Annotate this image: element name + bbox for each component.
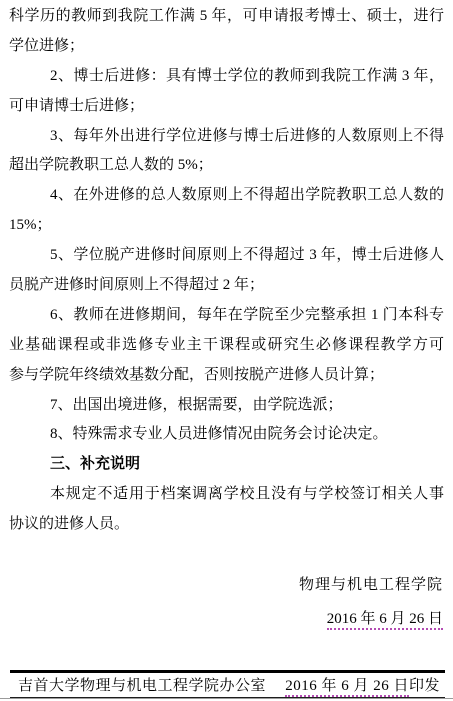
footer-divider <box>10 670 445 673</box>
document-body: 科学历的教师到我院工作满 5 年，可申请报考博士、硕士，进行学位进修；2、博士后… <box>9 2 444 540</box>
page-bottom-edge <box>0 698 453 699</box>
footer-issue-info: 2016 年 6 月 26 日印发 <box>285 675 440 697</box>
body-line: 员脱产进修时间原则上不得超过 2 年； <box>9 271 444 301</box>
body-line: 4、在外进修的总人数原则上不得超出学院教职工总人数的 <box>9 181 444 211</box>
body-line: 6、教师在进修期间，每年在学院至少完整承担 1 门本科专 <box>9 301 444 331</box>
body-line: 3、每年外出进行学位进修与博士后进修的人数原则上不得 <box>9 122 444 152</box>
body-line: 可申请博士后进修； <box>9 92 444 122</box>
body-line: 业基础课程或非选修专业主干课程或研究生必修课程教学方可 <box>9 331 444 361</box>
body-line: 学位进修； <box>9 32 444 62</box>
footer: 吉首大学物理与机电工程学院办公室 2016 年 6 月 26 日印发 <box>18 675 440 697</box>
body-line: 2、博士后进修：具有博士学位的教师到我院工作满 3 年， <box>9 62 444 92</box>
signature-block: 物理与机电工程学院 2016 年 6 月 26 日 <box>299 570 443 634</box>
body-line: 7、出国出境进修，根据需要，由学院选派； <box>9 391 444 421</box>
body-line: 本规定不适用于档案调离学校且没有与学校签订相关人事 <box>9 480 444 510</box>
footer-office-name: 吉首大学物理与机电工程学院办公室 <box>18 675 266 697</box>
body-line: 8、特殊需求专业人员进修情况由院务会讨论决定。 <box>9 420 444 450</box>
body-line: 参与学院年终绩效基数分配，否则按脱产进修人员计算； <box>9 361 444 391</box>
signature-date-line: 2016 年 6 月 26 日 <box>299 604 443 634</box>
signature-org-name: 物理与机电工程学院 <box>299 570 443 600</box>
body-line: 超出学院教职工总人数的 5%； <box>9 151 444 181</box>
body-line: 协议的进修人员。 <box>9 510 444 540</box>
body-line: 三、补充说明 <box>9 450 444 480</box>
body-line: 科学历的教师到我院工作满 5 年，可申请报考博士、硕士，进行 <box>9 2 444 32</box>
body-line: 5、学位脱产进修时间原则上不得超过 3 年，博士后进修人 <box>9 241 444 271</box>
footer-issue-suffix: 印发 <box>409 678 440 694</box>
signature-date: 2016 年 6 月 26 日 <box>327 611 443 630</box>
document-page: 科学历的教师到我院工作满 5 年，可申请报考博士、硕士，进行学位进修；2、博士后… <box>0 0 453 701</box>
body-line: 15%； <box>9 211 444 241</box>
footer-issue-date: 2016 年 6 月 26 日 <box>285 678 409 697</box>
